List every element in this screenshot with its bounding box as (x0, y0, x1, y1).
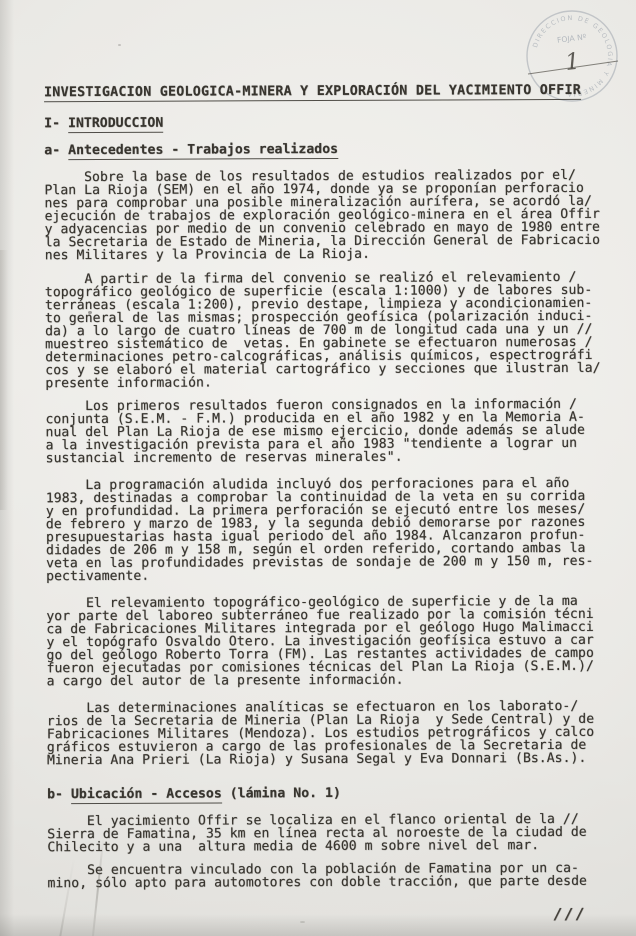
paragraph-antecedentes-4: La programación aludida incluyó dos perf… (46, 477, 614, 583)
section-prefix: I- (44, 116, 68, 131)
subsection-label: Antecedentes - Trabajos realizados (68, 142, 338, 160)
subsection-suffix: (lámina No. 1) (222, 786, 341, 802)
subsection-heading-antecedentes: a- Antecedentes - Trabajos realizados (44, 142, 612, 158)
paragraph-antecedentes-2: A partir de la firma del convenio se rea… (45, 271, 614, 390)
subsection-prefix: a- (44, 143, 68, 158)
handwritten-folio-number: 1 (564, 49, 581, 76)
document-body: INVESTIGACION GEOLOGICA-MINERA Y EXPLORA… (44, 83, 616, 925)
section-heading-introduccion: I- INTRODUCCION (44, 115, 612, 131)
paragraph-antecedentes-6: Las determinaciones analíticas se efectu… (47, 700, 615, 767)
page-continuation-mark: /// (554, 905, 616, 923)
scanned-page: DIRECCION DE GEOLOGIA Y MINERIA FOJA Nº … (0, 0, 636, 936)
document-title: INVESTIGACION GEOLOGICA-MINERA Y EXPLORA… (44, 83, 612, 100)
subsection-label: Ubicación - Accesos (71, 786, 222, 804)
scan-smudge (0, 250, 8, 510)
ink-speck (118, 44, 121, 46)
paragraph-ubicacion-2: Se encuentra vinculado con la población … (47, 862, 615, 890)
subsection-prefix: b- (47, 787, 71, 802)
paragraph-antecedentes-5: El relevamiento topográfico-geológico de… (46, 595, 614, 688)
subsection-heading-ubicacion: b- Ubicación - Accesos (lámina No. 1) (47, 786, 615, 802)
paragraph-antecedentes-3: Los primeros resultados fueron consignad… (45, 398, 613, 465)
stamp-foja-label: FOJA Nº (557, 32, 588, 45)
paragraph-ubicacion-1: El yacimiento Offir se localiza en el fl… (47, 813, 615, 854)
paragraph-antecedentes-1: Sobre la base de los resultados de estud… (44, 169, 612, 262)
document-title-text: INVESTIGACION GEOLOGICA-MINERA Y EXPLORA… (44, 83, 581, 102)
section-label: INTRODUCCION (68, 116, 163, 133)
